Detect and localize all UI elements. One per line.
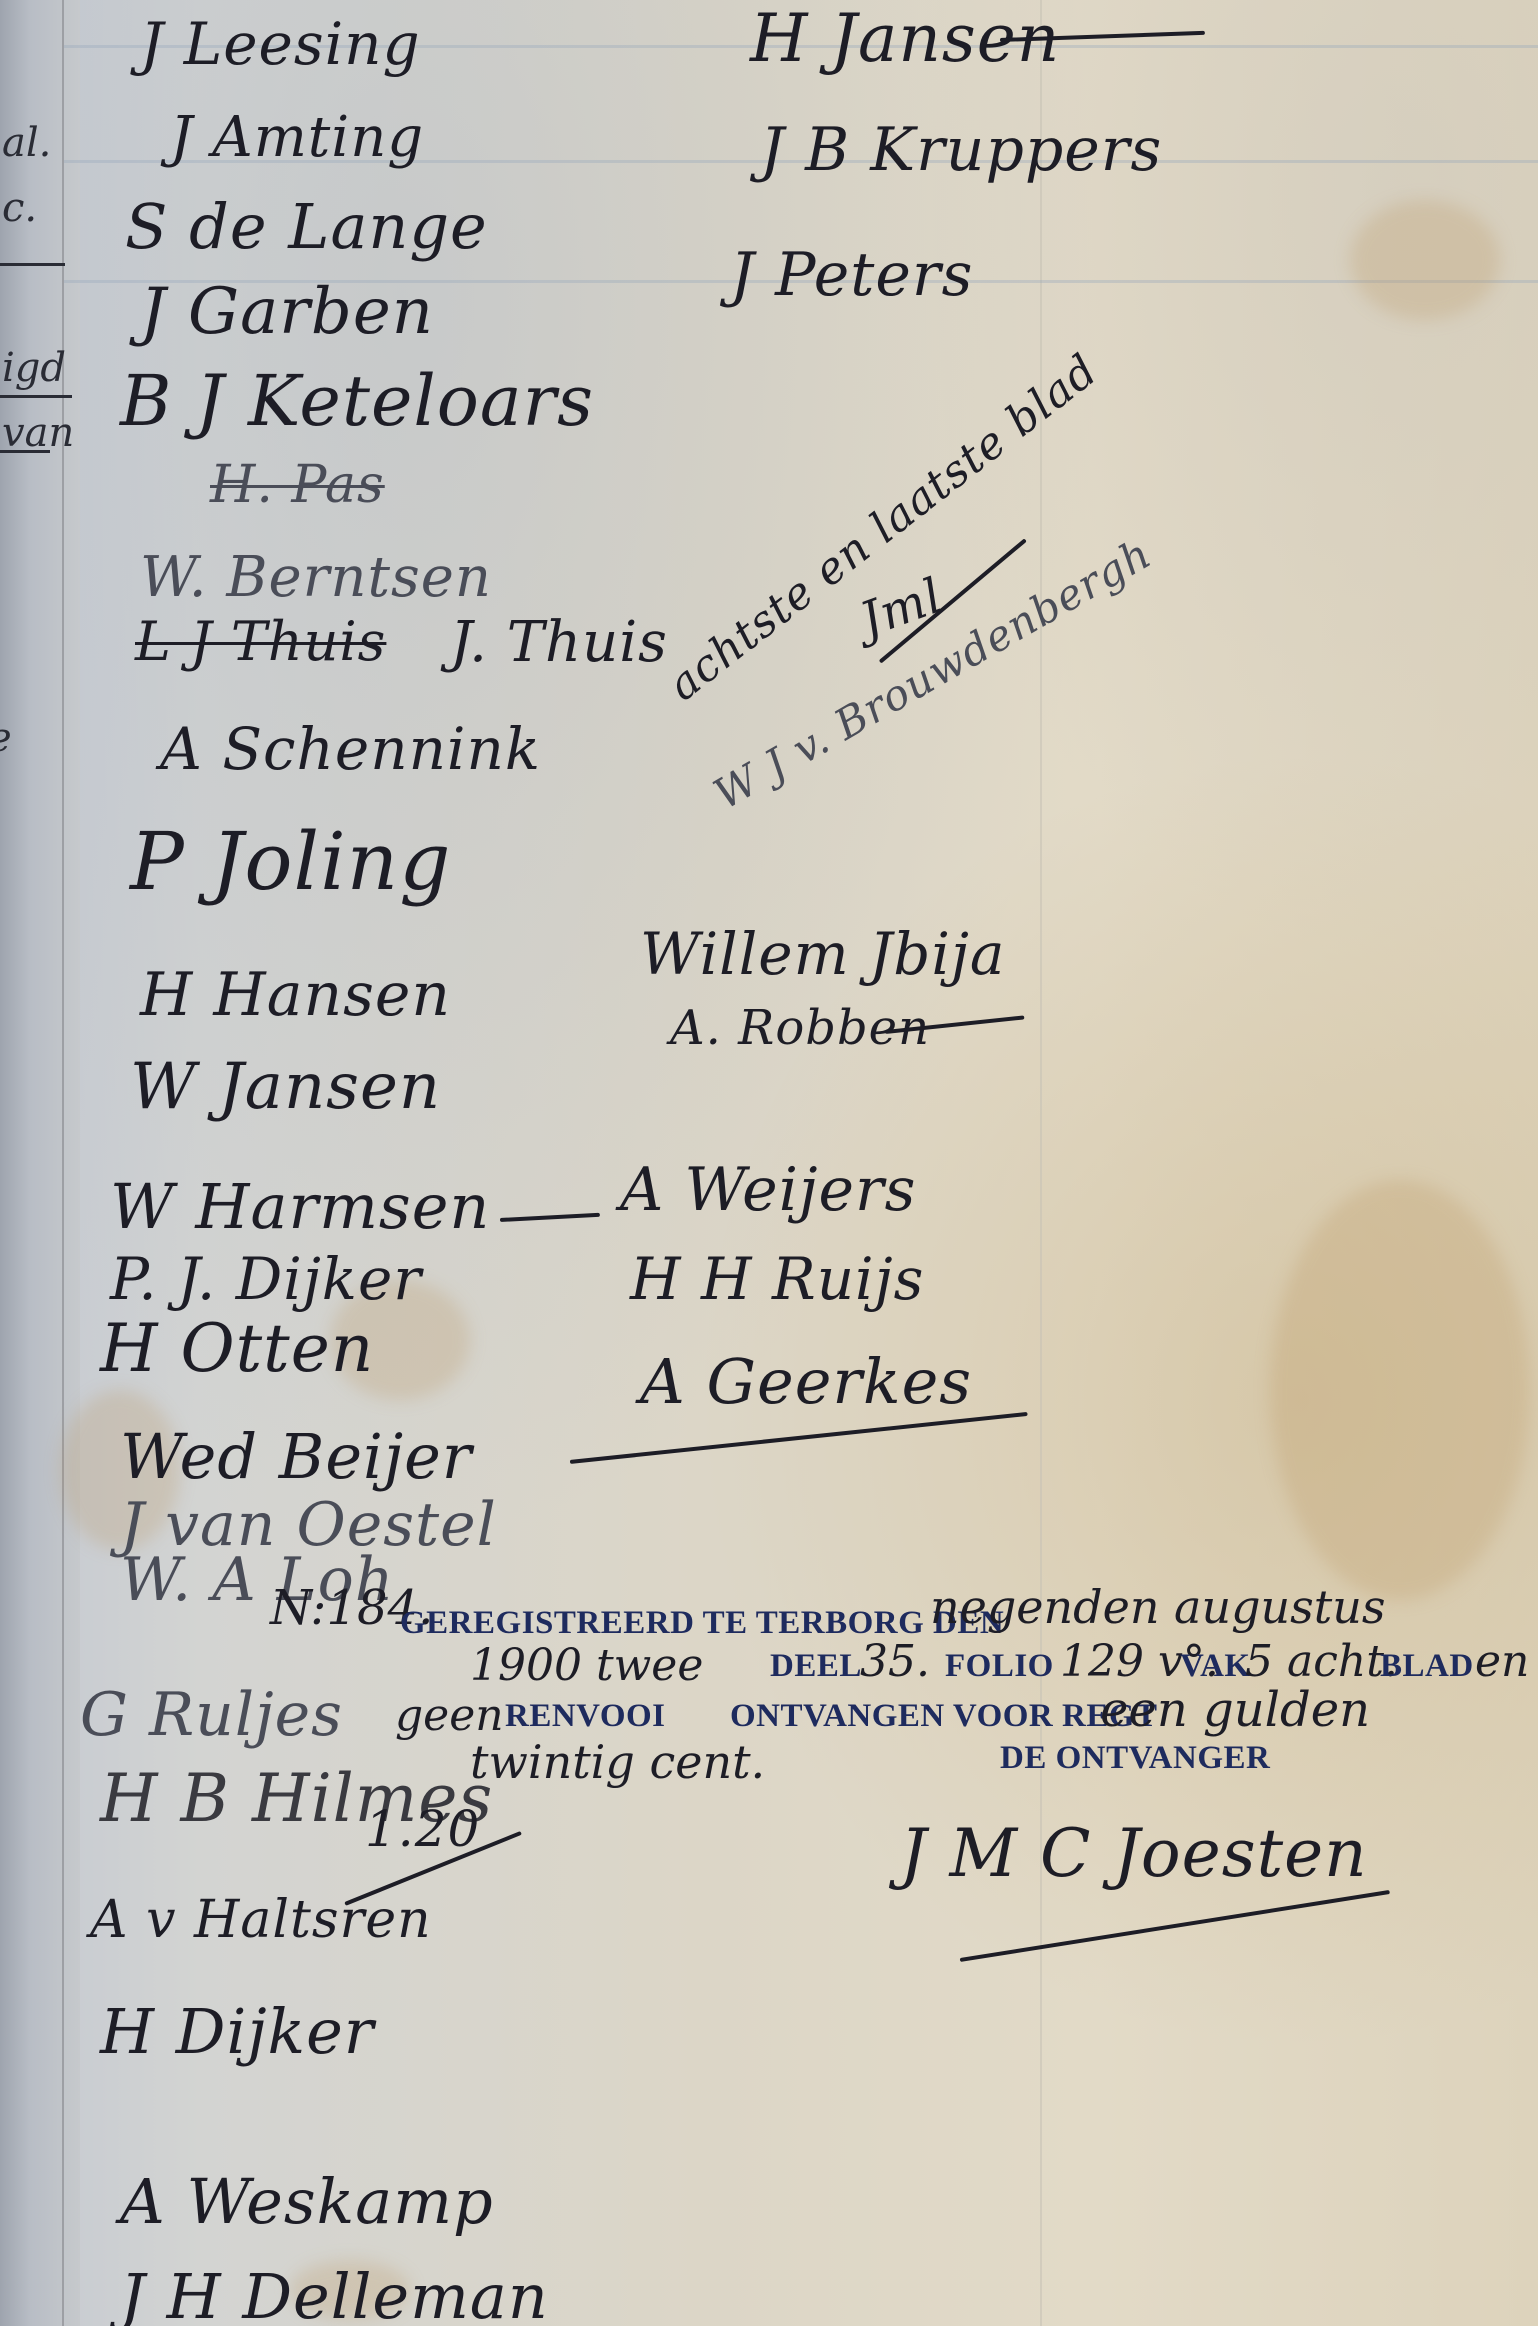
signature: J. Thuis <box>450 610 668 675</box>
margin-underline <box>0 263 65 266</box>
struck-signature: L J Thuis <box>135 610 386 673</box>
signature: J B Kruppers <box>760 115 1162 185</box>
paper-stain <box>1270 1180 1530 1600</box>
stamp-fill-vak: 5 acht. <box>1245 1636 1398 1687</box>
signature: P. J. Dijker <box>110 1245 422 1313</box>
stamp-fill-amount: een gulden <box>1100 1682 1370 1738</box>
stamp-blad-label: BLAD <box>1380 1648 1474 1685</box>
signature: A Weskamp <box>120 2165 494 2238</box>
stamp-fill-year: 1900 twee <box>470 1640 703 1691</box>
signature: J Amting <box>170 105 424 170</box>
paper-stain <box>1350 200 1500 320</box>
signature: A Geerkes <box>640 1345 972 1418</box>
signature: B J Keteloars <box>120 360 594 442</box>
receiver-signature-underline <box>960 1890 1390 1962</box>
margin-fragment: c. <box>2 185 37 231</box>
signature: J Peters <box>730 240 973 310</box>
stamp-folio-label: FOLIO <box>945 1648 1054 1685</box>
signature: Willem Jbija <box>640 920 1006 988</box>
signature: H Hansen <box>140 960 451 1030</box>
signature: W Jansen <box>130 1050 441 1124</box>
signature: H H Ruijs <box>630 1245 924 1313</box>
stamp-receiver-label: DE ONTVANGER <box>1000 1740 1270 1777</box>
stamp-fill-deel: 35. <box>860 1636 930 1687</box>
signature: J H Delleman <box>120 2260 549 2326</box>
signature: A Schennink <box>160 715 541 783</box>
signature-flourish <box>500 1213 600 1222</box>
margin-underline <box>0 395 72 398</box>
signature: G Ruljes <box>80 1680 343 1750</box>
signature: A v Haltsren <box>90 1890 432 1950</box>
signature: W. Berntsen <box>140 545 492 610</box>
margin-fragment: e <box>0 715 12 761</box>
stamp-renvooi-label: RENVOOI <box>505 1698 666 1735</box>
column-rule <box>1040 0 1042 2326</box>
scanned-document-page: al. c. igd van e J Leesing J Amting S de… <box>0 0 1538 2326</box>
stamp-fill-en: en <box>1475 1636 1529 1687</box>
signature: H Otten <box>100 1310 374 1387</box>
signature: J Garben <box>140 275 434 349</box>
stamp-vak-label: VAK <box>1180 1648 1251 1685</box>
signature: W Harmsen <box>110 1170 490 1243</box>
margin-fragment: al. <box>2 120 51 166</box>
signature: J Leesing <box>140 10 421 78</box>
signature: A Weijers <box>620 1155 916 1225</box>
margin-fragment: igd <box>2 345 66 391</box>
signature: S de Lange <box>125 190 488 263</box>
signature-flourish <box>570 1412 1028 1464</box>
margin-underline <box>0 450 50 453</box>
signature: P Joling <box>130 815 451 908</box>
receiver-signature: J M C Joesten <box>900 1815 1368 1892</box>
fee-note: 1.20 <box>365 1800 480 1858</box>
signature: Wed Beijer <box>120 1420 472 1493</box>
stamp-fill-renvooi: geen <box>395 1690 504 1741</box>
stamp-fill-cents: twintig cent. <box>470 1735 765 1789</box>
diagonal-initials: Jml <box>853 567 950 648</box>
struck-signature: H. Pas <box>210 455 385 515</box>
stamp-deel-label: DEEL <box>770 1648 862 1685</box>
stamp-received-label: ONTVANGEN VOOR REGT <box>730 1698 1158 1735</box>
stamp-fill-date: negenden augustus <box>930 1580 1386 1634</box>
signature: A. Robben <box>670 1000 930 1056</box>
signature: H Dijker <box>100 1995 374 2068</box>
